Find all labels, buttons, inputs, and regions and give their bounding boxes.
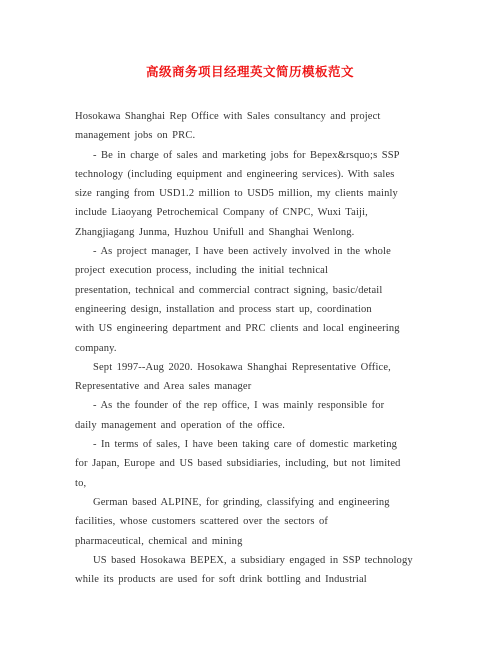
text-line: German based ALPINE, for grinding, class… <box>93 493 426 512</box>
text-line: presentation, technical and commercial c… <box>75 281 426 300</box>
text-line: pharmaceutical, chemical and mining <box>75 532 426 551</box>
text-line: company. <box>75 339 426 358</box>
text-line: with US engineering department and PRC c… <box>75 319 426 338</box>
text-line: facilities, whose customers scattered ov… <box>75 512 426 531</box>
text-line: for Japan, Europe and US based subsidiar… <box>75 454 426 473</box>
text-line: Representative and Area sales manager <box>75 377 426 396</box>
text-line: management jobs on PRC. <box>75 126 426 145</box>
text-line: Sept 1997--Aug 2020. Hosokawa Shanghai R… <box>93 358 426 377</box>
text-line: include Liaoyang Petrochemical Company o… <box>75 203 426 222</box>
text-line: Zhangjiagang Junma, Huzhou Unifull and S… <box>75 223 426 242</box>
text-line: - Be in charge of sales and marketing jo… <box>93 146 426 165</box>
text-line: Hosokawa Shanghai Rep Office with Sales … <box>75 107 426 126</box>
text-line: to, <box>75 474 426 493</box>
text-line: - As the founder of the rep office, I wa… <box>93 396 426 415</box>
document-title: 高级商务项目经理英文简历模板范文 <box>0 64 500 80</box>
text-line: daily management and operation of the of… <box>75 416 426 435</box>
document-page: 高级商务项目经理英文简历模板范文 Hosokawa Shanghai Rep O… <box>0 0 500 647</box>
text-line: project execution process, including the… <box>75 261 426 280</box>
text-line: engineering design, installation and pro… <box>75 300 426 319</box>
text-line: size ranging from USD1.2 million to USD5… <box>75 184 426 203</box>
text-line: US based Hosokawa BEPEX, a subsidiary en… <box>93 551 426 570</box>
text-line: - In terms of sales, I have been taking … <box>93 435 426 454</box>
document-body: Hosokawa Shanghai Rep Office with Sales … <box>0 80 500 589</box>
text-line: - As project manager, I have been active… <box>93 242 426 261</box>
text-line: technology (including equipment and engi… <box>75 165 426 184</box>
text-line: while its products are used for soft dri… <box>75 570 426 589</box>
